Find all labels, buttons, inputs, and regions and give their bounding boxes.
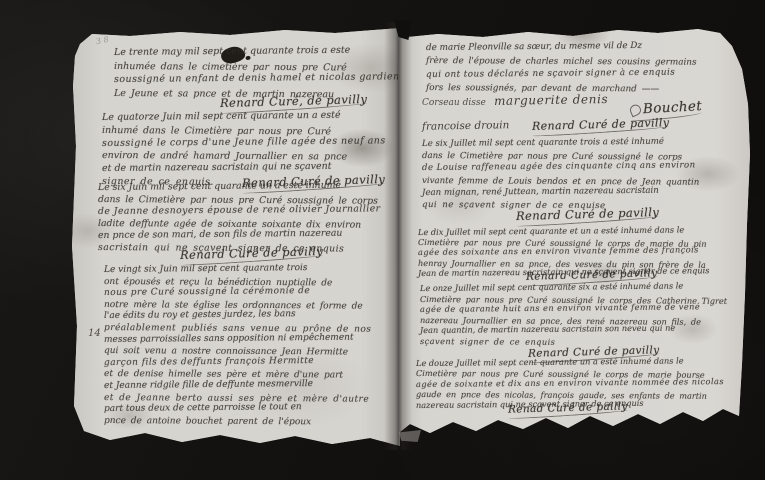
manuscript-text-line: qui ont tous déclarés ne sçavoir signer … <box>426 66 732 82</box>
manuscript-text-line: Le six Juin mil sept cent quarante un a … <box>98 179 403 194</box>
corner-mark: 3 8 <box>95 35 109 46</box>
manuscript-text-line: nous pre Curé soussigné la cérémonie de <box>104 285 402 299</box>
manuscript-text-line: en pnce de son mari, de son fils de mart… <box>98 227 403 242</box>
manuscript-text-line: Le vingt six Juin mil sept cent quarante… <box>104 262 402 276</box>
manuscript-text-line: de Jeanne desnoyers épouse de rené olivi… <box>98 203 403 218</box>
priest-signature: Renard Curé de pavilly <box>180 244 324 264</box>
manuscript-text-line: garçon fils des deffunts françois Hermit… <box>104 355 402 369</box>
manuscript-text-line: Jean quantin, de martin nazereau sacrist… <box>420 322 750 336</box>
manuscript-text-line: messes parroissialles sans opposition ni… <box>104 332 402 346</box>
priest-signature: Renad Curé de pailly <box>508 400 628 417</box>
manuscript-text-line: Le quatorze Juin mil sept cent quarante … <box>102 109 402 125</box>
burial-record-3: Le six Juin mil sept cent quarante un a … <box>98 182 403 255</box>
manuscript-text-line: Le onze Juillet mil sept cent quarante s… <box>420 280 750 294</box>
witness-signature: francoise drouin <box>422 119 510 133</box>
margin-note: 14 <box>88 328 101 339</box>
marriage-record: Le vingt six Juin mil sept cent quarante… <box>104 265 402 427</box>
witness-signature: marguerite denis <box>494 92 608 108</box>
manuscript-text-line: Le six Juillet mil sept cent quarante tr… <box>422 135 744 150</box>
witness-signature: Bouchet <box>630 98 703 121</box>
manuscript-text-line: Le douze Juillet mil sept cent quarante … <box>416 355 750 369</box>
manuscript-text-line: agée de quarante huit ans en environ viv… <box>420 301 750 315</box>
manuscript-text-line: de marie Pleonville sa sœur, du mesme vi… <box>426 39 732 55</box>
priest-signature: Renard Curé de pavilly <box>516 205 660 225</box>
manuscript-text-line: agée des soixante ans en environ vivante… <box>418 244 748 257</box>
manuscript-text-line: soussigné un enfant de denis hamel et ni… <box>114 70 390 86</box>
manuscript-text-line: pnce de antoine bouchet parent de l'épou… <box>104 416 402 429</box>
witness-note: Corseau disse <box>422 98 486 108</box>
burial-record-4: Le six Juillet mil sept cent quarante tr… <box>422 138 744 211</box>
manuscript-text-line: l'ae édits du roy et gestes jurdez, les … <box>104 309 402 323</box>
burial-record-6: Le onze Juillet mil sept cent quarante s… <box>420 283 750 346</box>
manuscript-text-line: Jean mignan, rené Juttean, martin nazere… <box>422 184 744 199</box>
right-page: de marie Pleonville sa sœur, du mesme vi… <box>398 24 750 448</box>
underlying-page-edge <box>399 430 421 442</box>
manuscript-text-line: soussigné le corps d'une Jeune fille agé… <box>102 135 402 151</box>
manuscript-text-line: agée de soixante et dix ans en environ v… <box>416 376 750 390</box>
manuscript-scan: 3 8 Le trente may mil sept cent quarante… <box>0 0 765 480</box>
manuscript-text-line: et Jeanne ridgile fille de deffunte mesm… <box>104 378 402 392</box>
manuscript-text-line: Le dix Juillet mil sept cent quarante et… <box>418 224 748 237</box>
manuscript-text-line: part tous deux de cette parroisse le tou… <box>104 401 402 415</box>
manuscript-text-line: de Louise raffeneau agée des cinquante c… <box>422 159 744 174</box>
left-page: 3 8 Le trente may mil sept cent quarante… <box>70 26 400 450</box>
manuscript-text-line: Le trente may mil sept cent quarante tro… <box>114 43 390 59</box>
marriage-record-continuation: de marie Pleonville sa sœur, du mesme vi… <box>426 42 732 96</box>
